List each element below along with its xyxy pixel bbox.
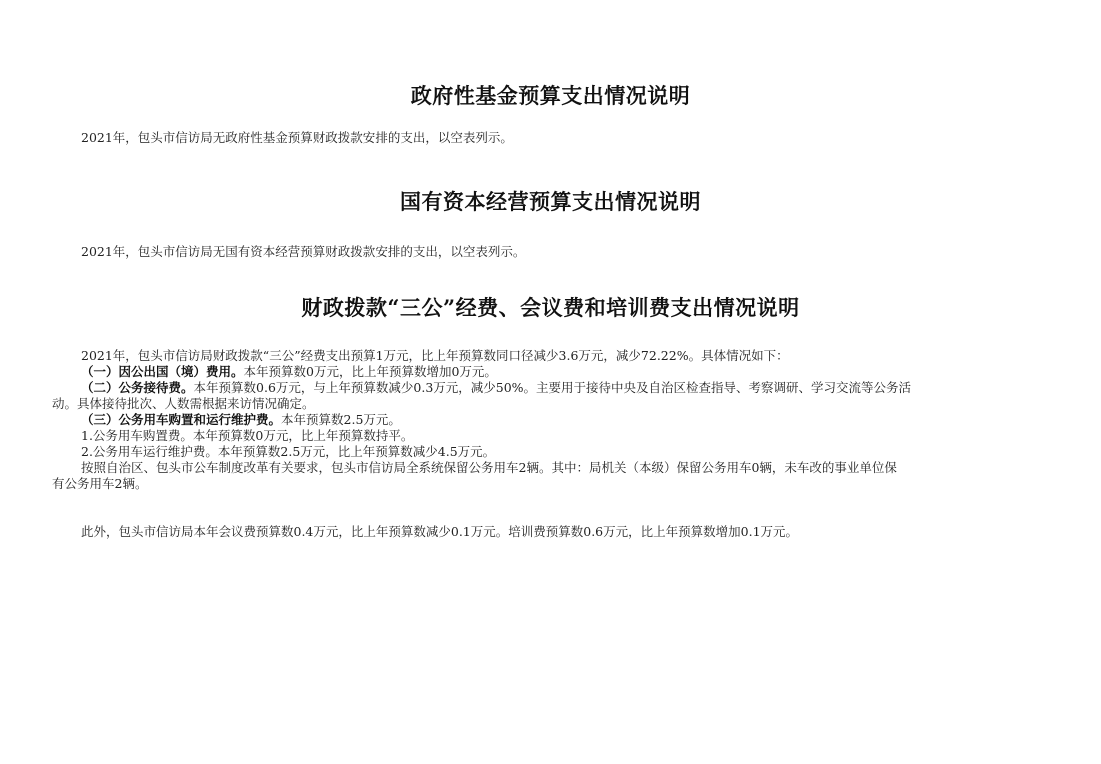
item-vehicles: （三）公务用车购置和运行维护费。本年预算数2.5万元。	[52, 412, 1052, 428]
vehicles-reform-text: 按照自治区、包头市公车制度改革有关要求，包头市信访局全系统保留公务用车2辆。其中…	[52, 460, 1052, 476]
section-title-government-fund: 政府性基金预算支出情况说明	[0, 80, 1101, 110]
meeting-training-paragraph: 此外，包头市信访局本年会议费预算数0.4万元，比上年预算数减少0.1万元。培训费…	[52, 524, 1052, 540]
section-body-three-public-expenses: 2021年，包头市信访局财政拨款“三公”经费支出预算1万元，比上年预算数同口径减…	[52, 348, 1052, 492]
item-text: 本年预算数0.6万元，与上年预算数减少0.3万元，减少50%。主要用于接待中央及…	[194, 380, 912, 395]
sub-item-vehicle-maintenance: 2.公务用车运行维护费。本年预算数2.5万元，比上年预算数减少4.5万元。	[52, 444, 1052, 460]
paragraph-text: 2021年，包头市信访局无政府性基金预算财政拨款安排的支出，以空表列示。	[52, 130, 1052, 146]
paragraph-text: 2021年，包头市信访局无国有资本经营预算财政拨款安排的支出，以空表列示。	[52, 244, 1052, 260]
item-text: 本年预算数0万元，比上年预算数增加0万元。	[244, 364, 497, 379]
item-reception: （二）公务接待费。本年预算数0.6万元，与上年预算数减少0.3万元，减少50%。…	[52, 380, 1052, 396]
item-label: （三）公务用车购置和运行维护费。	[81, 412, 281, 427]
section-paragraph-state-capital: 2021年，包头市信访局无国有资本经营预算财政拨款安排的支出，以空表列示。	[52, 244, 1052, 260]
section-title-state-capital: 国有资本经营预算支出情况说明	[0, 186, 1101, 216]
item-label: （一）因公出国（境）费用。	[81, 364, 244, 379]
section-title-three-public-expenses: 财政拨款“三公”经费、会议费和培训费支出情况说明	[0, 292, 1101, 322]
meeting-training-text: 此外，包头市信访局本年会议费预算数0.4万元，比上年预算数减少0.1万元。培训费…	[52, 524, 1052, 540]
vehicles-reform-text-continued: 有公务用车2辆。	[52, 476, 1052, 492]
sub-item-vehicle-purchase: 1.公务用车购置费。本年预算数0万元，比上年预算数持平。	[52, 428, 1052, 444]
intro-text: 2021年，包头市信访局财政拨款“三公”经费支出预算1万元，比上年预算数同口径减…	[52, 348, 1052, 364]
item-reception-continued: 动。具体接待批次、人数需根据来访情况确定。	[52, 396, 1052, 412]
section-paragraph-government-fund: 2021年，包头市信访局无政府性基金预算财政拨款安排的支出，以空表列示。	[52, 130, 1052, 146]
item-label: （二）公务接待费。	[81, 380, 194, 395]
item-text: 本年预算数2.5万元。	[281, 412, 401, 427]
item-overseas-travel: （一）因公出国（境）费用。本年预算数0万元，比上年预算数增加0万元。	[52, 364, 1052, 380]
document-page: 政府性基金预算支出情况说明 2021年，包头市信访局无政府性基金预算财政拨款安排…	[0, 0, 1101, 764]
